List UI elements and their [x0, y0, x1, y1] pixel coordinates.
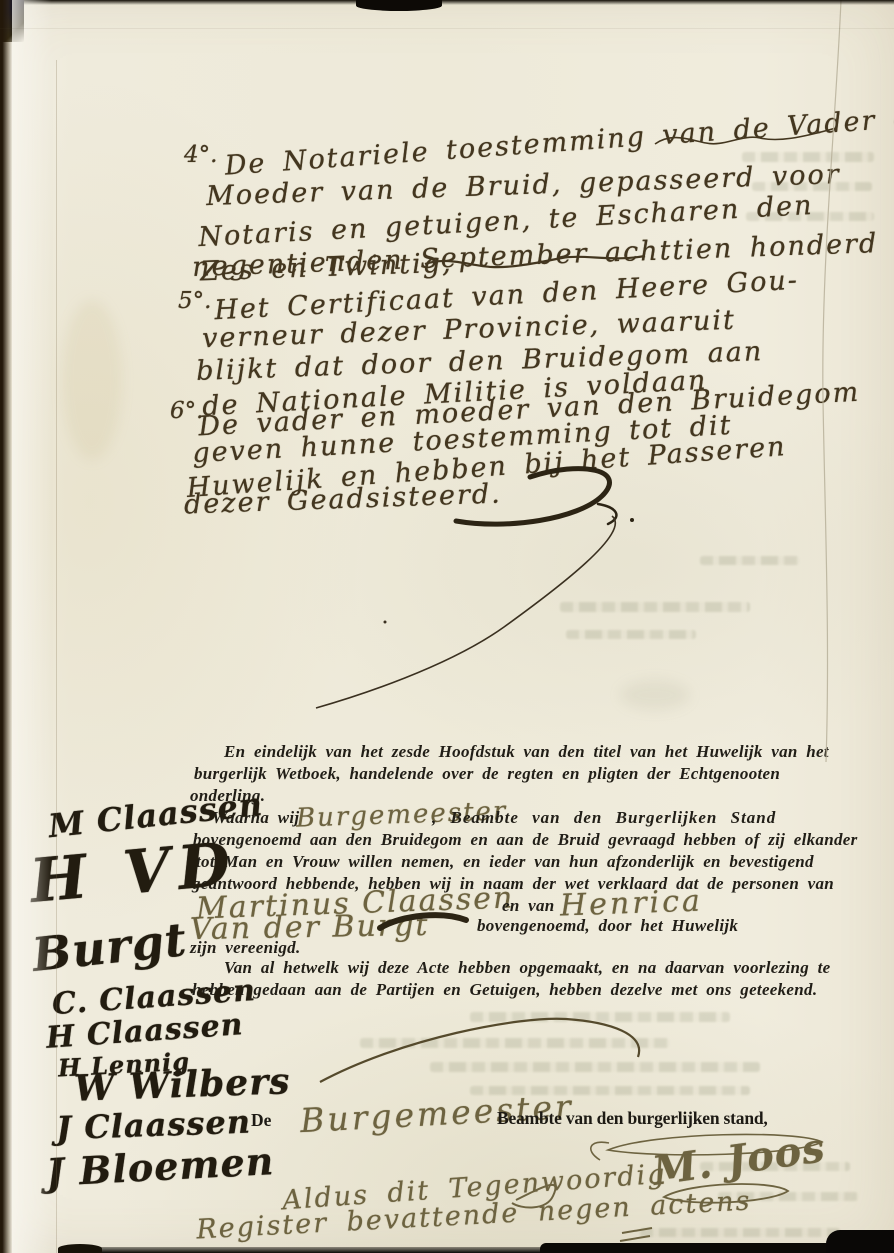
swoosh-flourish	[320, 1019, 639, 1082]
equals-mark	[620, 1228, 652, 1241]
scan-edge-top-blob	[356, 0, 442, 11]
signature-oval	[608, 1134, 822, 1154]
filler-stroke	[425, 256, 645, 267]
filler-stroke	[655, 128, 836, 144]
closing-flourish	[456, 469, 609, 525]
diagonal-stroke	[316, 516, 615, 708]
name-dash	[380, 915, 466, 928]
paper-edge-left-line	[56, 60, 57, 1253]
scan-edge-top	[0, 0, 894, 5]
paper-edge-left-band	[12, 0, 56, 1253]
signature-oval	[664, 1184, 788, 1203]
ink-dot	[630, 518, 634, 522]
ink-flourishes	[0, 0, 894, 1253]
ink-dot	[384, 621, 387, 624]
scan-edge-bottom-nub	[58, 1244, 102, 1253]
signature-oval	[591, 1142, 609, 1160]
paper-crease	[823, 0, 841, 762]
closing-flourish-hook	[598, 504, 616, 524]
scan-edge-left	[0, 0, 12, 1253]
top-crease-line	[0, 28, 894, 29]
marriage-act-scan: 4°. De Notariele toestemming van de Vade…	[0, 0, 894, 1253]
closing-hook	[512, 1185, 555, 1208]
scan-corner-bottom-right	[826, 1230, 894, 1253]
